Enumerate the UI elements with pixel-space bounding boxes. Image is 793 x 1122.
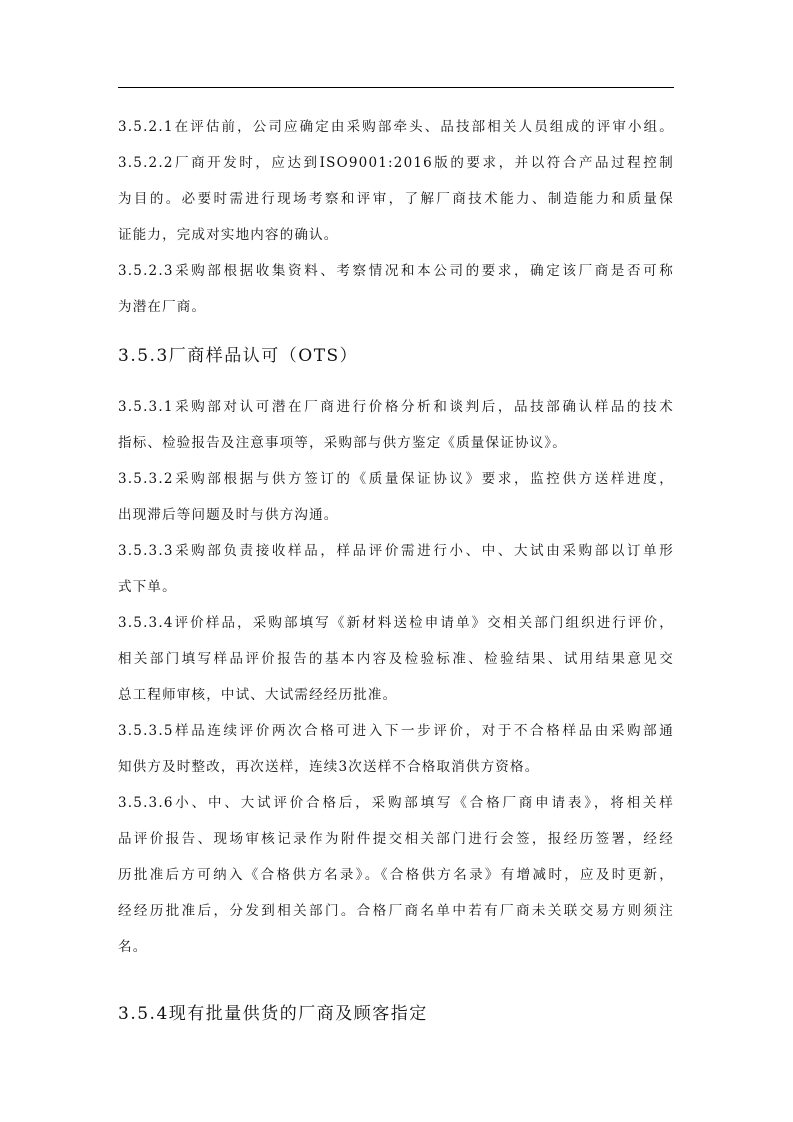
paragraph-line: 经经历批准后，分发到相关部门。合格厂商名单中若有厂商未关联交易方则须注 — [118, 899, 674, 919]
section-heading: 3.5.4现有批量供货的厂商及顾客指定 — [118, 999, 428, 1024]
paragraph-line: 3.5.3.1采购部对认可潜在厂商进行价格分析和谈判后，品技部确认样品的技术 — [118, 395, 674, 415]
paragraph-line: 3.5.3.4评价样品，采购部填写《新材料送检申请单》交相关部门组织进行评价， — [118, 611, 674, 631]
paragraph-line: 知供方及时整改，再次送样，连续3次送样不合格取消供方资格。 — [118, 755, 539, 775]
paragraph-line: 3.5.3.3采购部负责接收样品，样品评价需进行小、中、大试由采购部以订单形 — [118, 539, 674, 559]
paragraph-line: 品评价报告、现场审核记录作为附件提交相关部门进行会签，报经历签署，经经 — [118, 827, 674, 847]
paragraph-line: 3.5.3.2采购部根据与供方签订的《质量保证协议》要求，监控供方送样进度， — [118, 467, 674, 487]
paragraph-line: 证能力，完成对实地内容的确认。 — [118, 223, 339, 243]
paragraph-line: 3.5.3.5样品连续评价两次合格可进入下一步评价，对于不合格样品由采购部通 — [118, 719, 674, 739]
paragraph-line: 为目的。必要时需进行现场考察和评审，了解厂商技术能力、制造能力和质量保 — [118, 187, 674, 207]
paragraph-line: 为潜在厂商。 — [118, 295, 206, 315]
paragraph-line: 出现滞后等问题及时与供方沟通。 — [118, 503, 339, 523]
paragraph-line: 历批准后方可纳入《合格供方名录》。《合格供方名录》有增减时，应及时更新， — [118, 863, 674, 883]
paragraph-line: 3.5.2.2厂商开发时，应达到ISO9001:2016版的要求，并以符合产品过… — [118, 151, 674, 171]
paragraph-line: 3.5.3.6小、中、大试评价合格后，采购部填写《合格厂商申请表》，将相关样 — [118, 791, 674, 811]
header-rule — [118, 87, 674, 88]
paragraph-line: 总工程师审核，中试、大试需经经历批准。 — [118, 683, 397, 703]
paragraph-line: 名。 — [118, 935, 147, 955]
section-heading: 3.5.3厂商样品认可（OTS） — [118, 341, 358, 366]
paragraph-line: 相关部门填写样品评价报告的基本内容及检验标准、检验结果、试用结果意见交 — [118, 647, 674, 667]
paragraph-line: 式下单。 — [118, 575, 177, 595]
paragraph-line: 3.5.2.1在评估前，公司应确定由采购部牵头、品技部相关人员组成的评审小组。 — [118, 115, 674, 135]
paragraph-line: 3.5.2.3采购部根据收集资料、考察情况和本公司的要求，确定该厂商是否可称 — [118, 259, 674, 279]
paragraph-line: 指标、检验报告及注意事项等，采购部与供方鉴定《质量保证协议》。 — [118, 431, 567, 451]
